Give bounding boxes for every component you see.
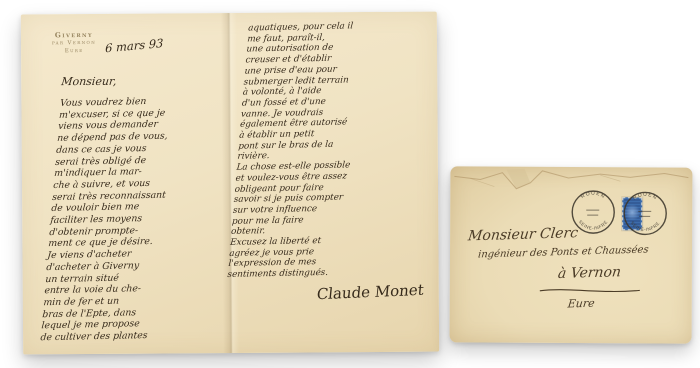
- letter-body-left: Vous voudrez bienm'excuser, si ce que je…: [40, 95, 174, 344]
- letter-page-right: aquatiques, pour cela ilme faut, paraît-…: [229, 12, 439, 353]
- crease-line-secondary: [470, 174, 620, 187]
- letterhead-line3: Eure: [37, 48, 111, 57]
- signature: Claude Monet: [316, 281, 425, 304]
- svg-text:ROUEN: ROUEN: [632, 192, 659, 202]
- letterhead: Giverny par Vernon Eure: [37, 30, 111, 57]
- address-underline-flourish: [538, 287, 642, 296]
- handwriting-line: sentiments distingués.: [227, 268, 342, 281]
- salutation: Monsieur,: [61, 75, 118, 88]
- postmark-city: ROUEN: [580, 191, 607, 201]
- letter-page-left: Giverny par Vernon Eure 6 mars 93 Monsie…: [21, 13, 231, 354]
- svg-text:SEINE-INFRE: SEINE-INFRE: [578, 219, 609, 231]
- address-city: à Vernon: [557, 264, 622, 282]
- photo-scene: Giverny par Vernon Eure 6 mars 93 Monsie…: [0, 0, 700, 368]
- postmark-region: SEINE-INFRE: [578, 219, 609, 231]
- postmark-right-icon: ROUEN SEINE-INFRE: [622, 190, 668, 236]
- postmark-region: SEINE-INFRE: [630, 220, 661, 232]
- envelope: ROUEN SEINE-INFRE ROUEN SEINE-INFRE Mons…: [450, 166, 693, 343]
- address-title: ingénieur des Ponts et Chaussées: [477, 244, 649, 260]
- tear-flap: [506, 169, 530, 189]
- letter-date: 6 mars 93: [105, 36, 163, 56]
- underline-stroke: [540, 290, 640, 292]
- postmark-date-smudge: [638, 211, 651, 216]
- svg-text:SEINE-INFRE: SEINE-INFRE: [630, 220, 661, 232]
- postmark-city: ROUEN: [632, 192, 659, 202]
- letter-body-right: aquatiques, pour cela ilme faut, paraît-…: [227, 21, 362, 281]
- address-department: Eure: [567, 297, 595, 311]
- handwriting-line: ne dépend pas de vous,: [57, 131, 172, 145]
- letter-sheet: Giverny par Vernon Eure 6 mars 93 Monsie…: [21, 12, 439, 355]
- svg-text:ROUEN: ROUEN: [580, 191, 607, 201]
- crease-line: [454, 170, 688, 189]
- postmark-date-smudge: [586, 210, 599, 215]
- handwriting-line: de cultiver des plantes: [40, 330, 155, 344]
- address-recipient: Monsieur Clerc: [467, 225, 579, 244]
